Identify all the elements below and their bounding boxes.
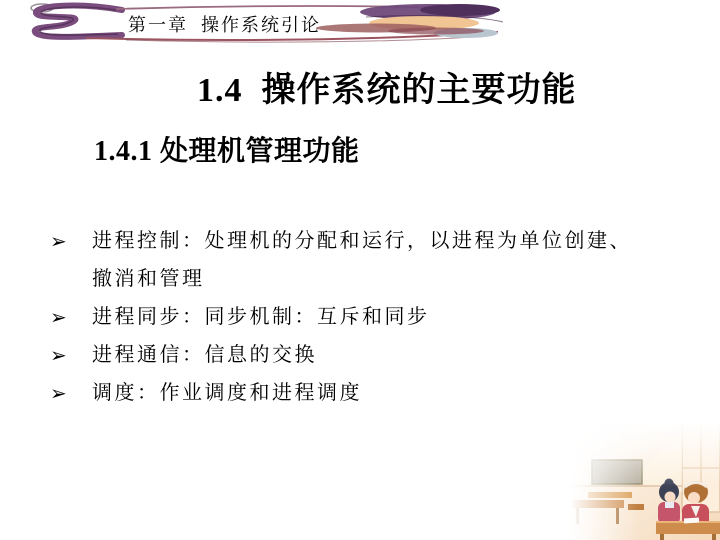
bullet-text: 调度：作业调度和进程调度 [92, 374, 648, 412]
arrow-bullet-icon: ➢ [50, 222, 92, 260]
arrow-bullet-icon: ➢ [50, 374, 92, 412]
bullet-list: ➢ 进程控制：处理机的分配和运行，以进程为单位创建、撤消和管理 ➢ 进程同步：同… [50, 222, 656, 412]
bullet-item: ➢ 调度：作业调度和进程调度 [50, 374, 656, 412]
chapter-banner: 第一章 操作系统引论 [26, 1, 504, 45]
section-title: 1.4 操作系统的主要功能 [197, 62, 577, 111]
bullet-item: ➢ 进程控制：处理机的分配和运行，以进程为单位创建、撤消和管理 [50, 222, 656, 298]
bullet-text: 进程同步：同步机制：互斥和同步 [92, 298, 648, 336]
bullet-item: ➢ 进程同步：同步机制：互斥和同步 [50, 298, 656, 336]
subsection-title: 1.4.1 处理机管理功能 [94, 129, 360, 169]
bullet-text: 进程通信：信息的交换 [92, 336, 648, 374]
arrow-bullet-icon: ➢ [50, 298, 92, 336]
bullet-text: 进程控制：处理机的分配和运行，以进程为单位创建、撤消和管理 [92, 222, 648, 298]
slide: 第一章 操作系统引论 1.4 操作系统的主要功能 1.4.1 处理机管理功能 ➢… [0, 0, 720, 540]
classroom-illustration [570, 422, 720, 540]
chapter-title: 第一章 操作系统引论 [128, 11, 321, 37]
arrow-bullet-icon: ➢ [50, 336, 92, 374]
bullet-item: ➢ 进程通信：信息的交换 [50, 336, 656, 374]
